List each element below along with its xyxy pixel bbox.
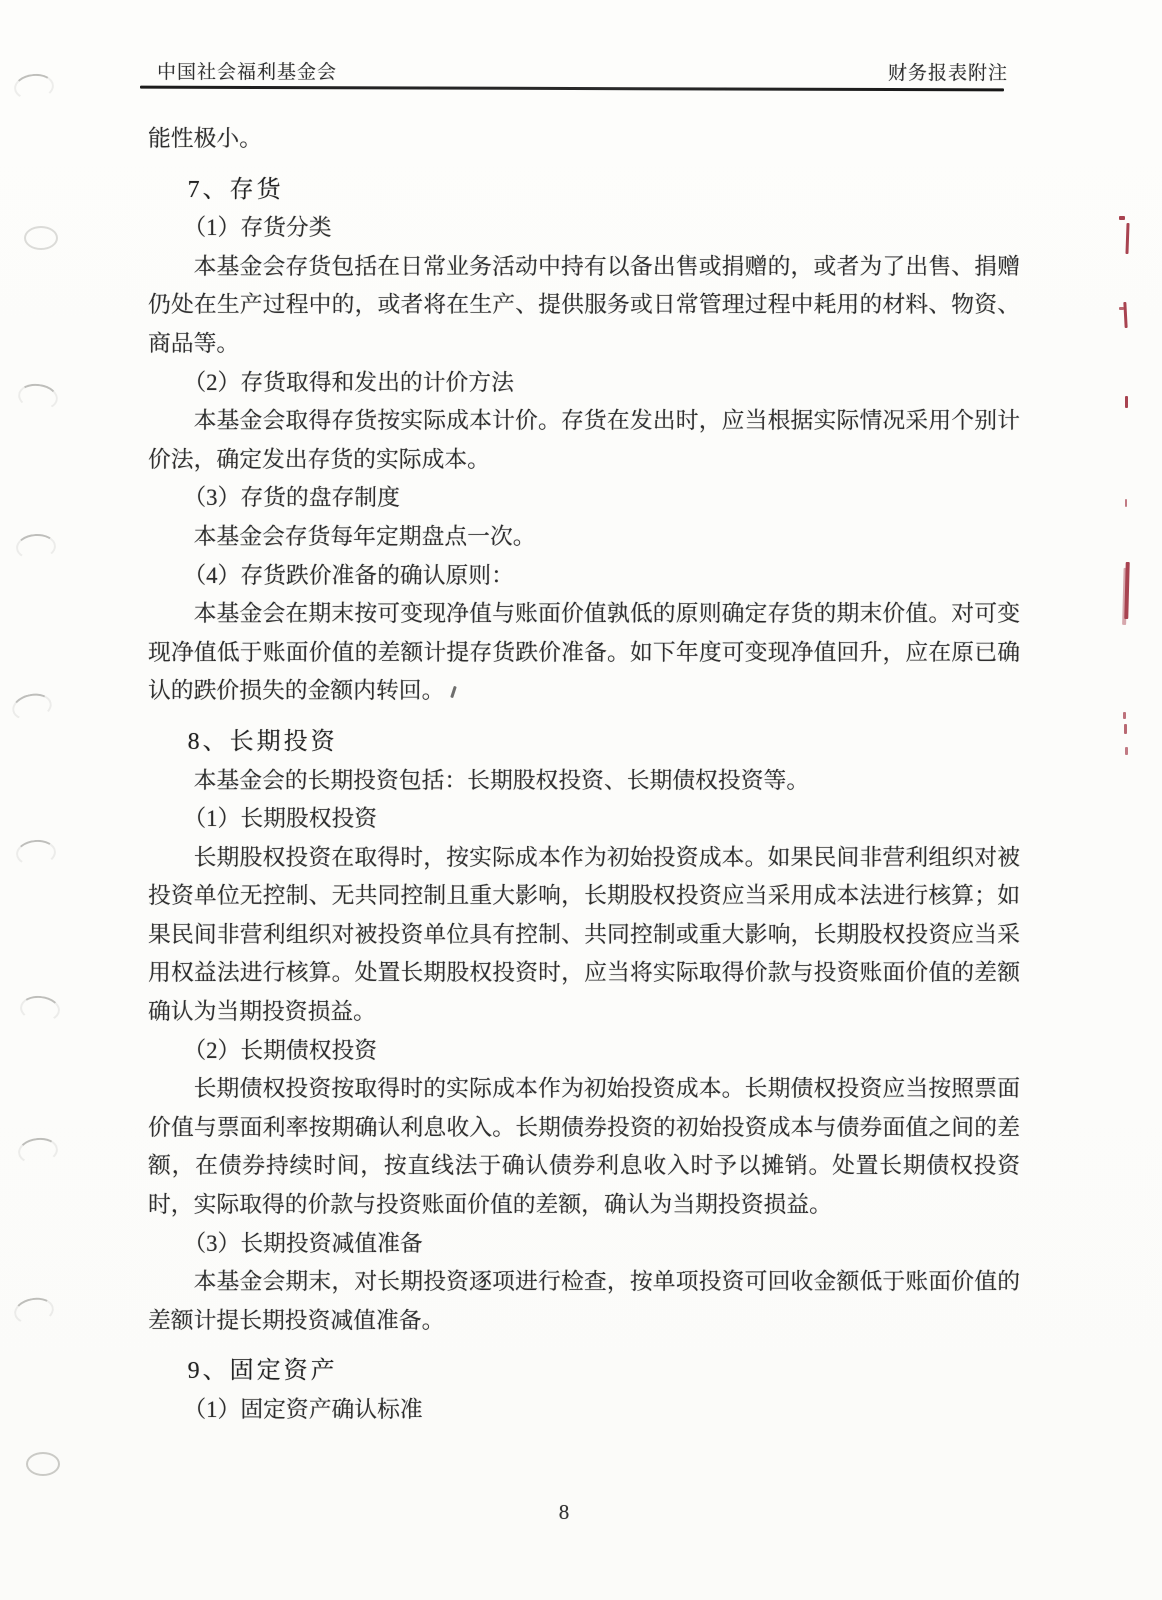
binding-stamp-mark	[1125, 396, 1128, 408]
subheading-fixed-asset-recognition: （1）固定资产确认标准	[183, 1391, 1020, 1430]
subheading-equity-investment: （1）长期股权投资	[183, 800, 1020, 839]
binding-stamp-mark	[1124, 562, 1129, 619]
subheading-investment-impairment: （3）长期投资减值准备	[183, 1225, 1020, 1264]
binding-stamp-mark	[1125, 747, 1128, 755]
binder-ring-mark	[26, 1452, 60, 1476]
binding-stamp-mark	[1123, 302, 1127, 328]
section-heading-9-fixed-assets: 9、固定资产	[188, 1352, 1020, 1391]
paragraph-investment-impairment: 本基金会期末，对长期投资逐项进行检查，按单项投资可回收金额低于账面价值的差额计提…	[148, 1263, 1020, 1340]
binder-ring-mark	[17, 1136, 60, 1167]
paragraph-inventory-valuation-method: 本基金会取得存货按实际成本计价。存货在发出时，应当根据实际情况采用个别计价法，确…	[148, 402, 1020, 479]
binding-stamp-mark	[1123, 712, 1126, 719]
page-number: 8	[0, 1500, 1128, 1525]
paragraph-inventory-writedown: 本基金会在期末按可变现净值与账面价值孰低的原则确定存货的期末价值。对可变现净值低…	[148, 595, 1020, 711]
binding-stamp-mark	[1125, 223, 1129, 254]
paragraph-continuation: 能性极小。	[148, 120, 1020, 159]
binder-ring-mark	[15, 533, 57, 562]
paragraph-debt-investment: 长期债权投资按取得时的实际成本作为初始投资成本。长期债权投资应当按照票面价值与票…	[148, 1070, 1020, 1224]
binder-ring-mark	[24, 226, 58, 250]
binder-ring-mark	[15, 838, 57, 867]
binding-stamp-mark	[1124, 724, 1127, 734]
binding-stamp-mark	[1119, 216, 1125, 220]
header-document-title: 财务报表附注	[888, 58, 1008, 85]
subheading-inventory-count-system: （3）存货的盘存制度	[183, 479, 1020, 518]
binder-ring-mark	[10, 690, 55, 724]
section-heading-7-inventory: 7、存货	[188, 171, 1020, 210]
binder-ring-mark	[12, 1295, 56, 1328]
binder-ring-mark	[19, 994, 61, 1024]
subheading-inventory-writedown: （4）存货跌价准备的确认原则：	[183, 557, 1020, 596]
section-heading-8-longterm-investment: 8、长期投资	[188, 723, 1020, 762]
header-organization-name: 中国社会福利基金会	[157, 57, 337, 84]
paragraph-longterm-investment-scope: 本基金会的长期投资包括：长期股权投资、长期债权投资等。	[148, 762, 1020, 801]
document-body: 能性极小。 7、存货 （1）存货分类 本基金会存货包括在日常业务活动中持有以备出…	[148, 120, 1020, 1430]
binding-stamp-mark	[1125, 499, 1127, 507]
binder-ring-mark	[16, 381, 59, 412]
binder-ring-mark	[13, 72, 55, 102]
header-divider	[140, 86, 1004, 92]
paragraph-inventory-count-system: 本基金会存货每年定期盘点一次。	[148, 518, 1020, 557]
paragraph-equity-investment: 长期股权投资在取得时，按实际成本作为初始投资成本。如果民间非营利组织对被投资单位…	[148, 839, 1020, 1032]
document-page: 中国社会福利基金会 财务报表附注 能性极小。 7、存货 （1）存货分类 本基金会…	[0, 0, 1162, 1600]
paragraph-inventory-classification: 本基金会存货包括在日常业务活动中持有以备出售或捐赠的，或者为了出售、捐赠仍处在生…	[148, 248, 1020, 364]
subheading-inventory-classification: （1）存货分类	[183, 209, 1020, 248]
subheading-inventory-valuation-method: （2）存货取得和发出的计价方法	[183, 364, 1020, 403]
subheading-debt-investment: （2）长期债权投资	[183, 1032, 1020, 1071]
